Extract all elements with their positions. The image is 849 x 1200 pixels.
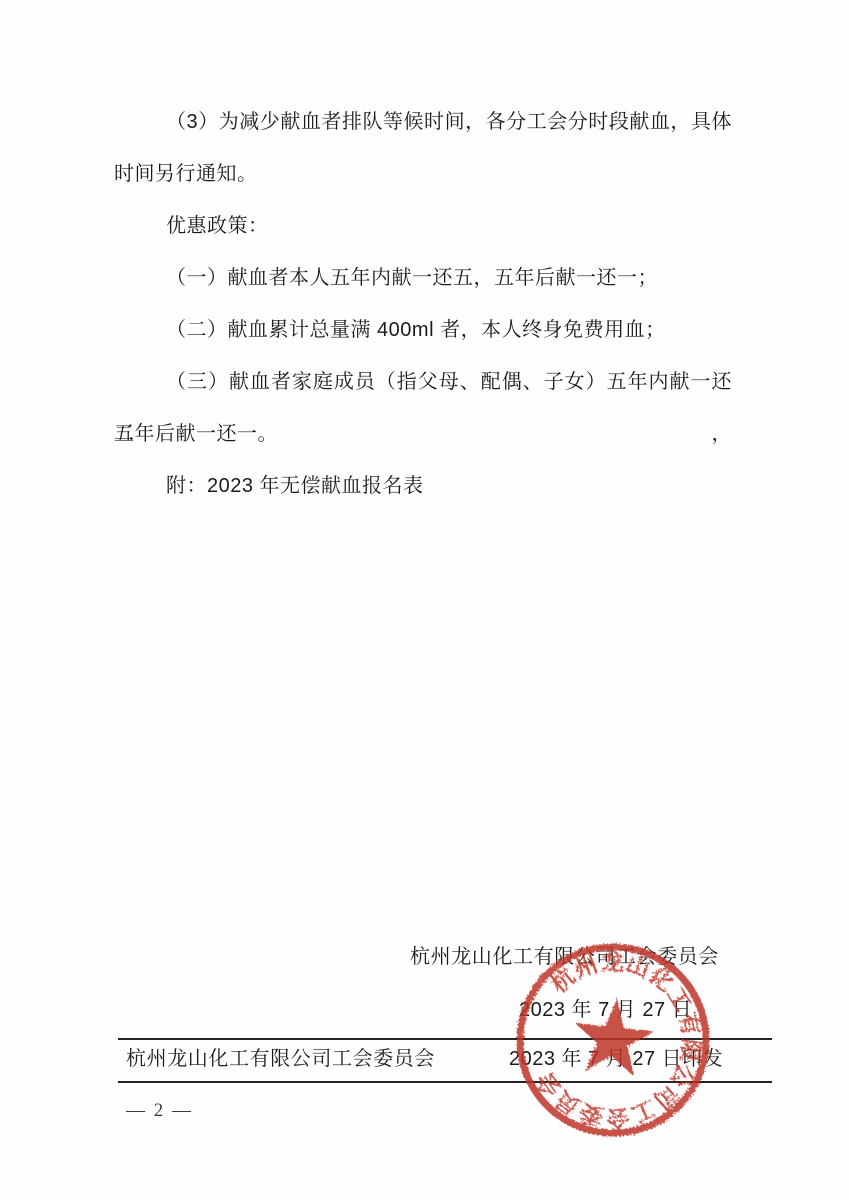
body-line: 优惠政策：	[114, 200, 732, 252]
body-line: 附：2023 年无偿献血报名表	[114, 460, 732, 512]
body-line: （二）献血累计总量满 400ml 者，本人终身免费用血；	[114, 304, 732, 356]
signature-date: 2023 年 7 月 27 日	[519, 996, 692, 1024]
footer-issue-date: 2023 年 7 月 27 日印发	[509, 1041, 723, 1077]
footer-rule-top	[118, 1038, 772, 1040]
page-number: — 2 —	[126, 1096, 193, 1126]
signature-organization: 杭州龙山化工有限公司工会委员会	[410, 943, 719, 971]
body-line: （三）献血者家庭成员（指父母、配偶、子女）五年内献一还二，	[114, 356, 732, 408]
body-line: （3）为减少献血者排队等候时间，各分工会分时段献血，具体	[114, 96, 732, 148]
document-page: （3）为减少献血者排队等候时间，各分工会分时段献血，具体 时间另行通知。 优惠政…	[0, 0, 849, 1200]
document-body: （3）为减少献血者排队等候时间，各分工会分时段献血，具体 时间另行通知。 优惠政…	[114, 96, 732, 512]
body-line: （一）献血者本人五年内献一还五，五年后献一还一；	[114, 252, 732, 304]
footer-issuer: 杭州龙山化工有限公司工会委员会	[126, 1041, 435, 1077]
footer-rule-bottom	[118, 1081, 772, 1083]
body-line: 时间另行通知。	[114, 148, 732, 200]
